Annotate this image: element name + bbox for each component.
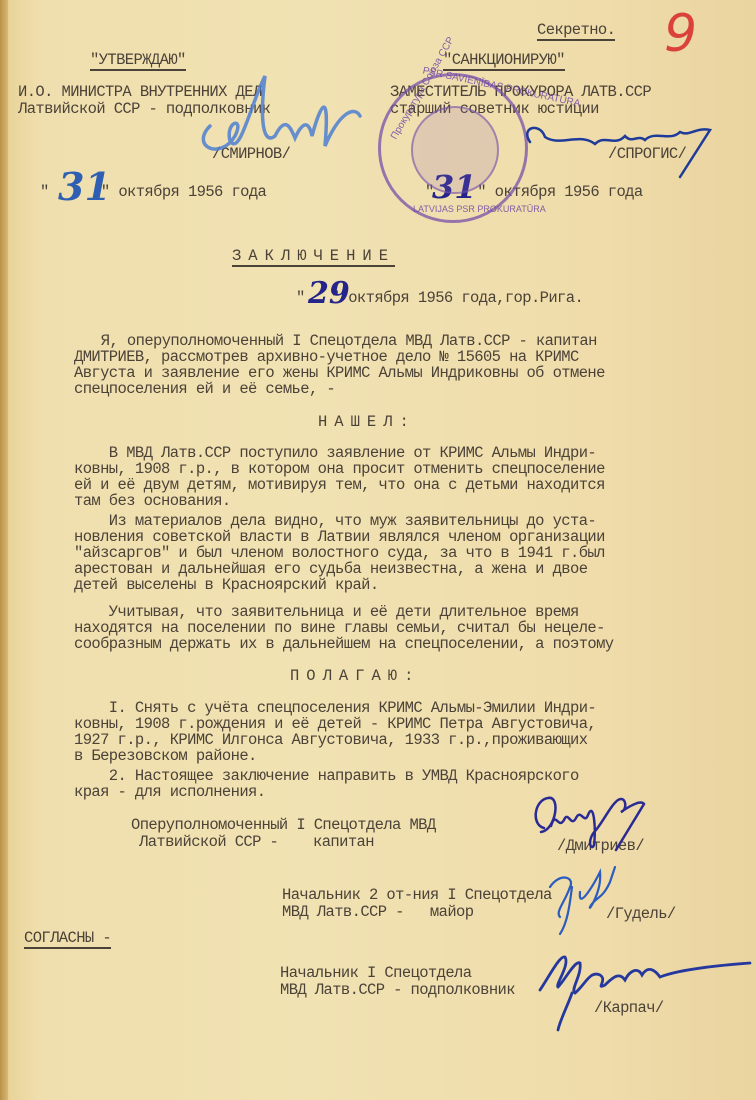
dmitriev-signature — [526, 790, 676, 860]
signature-rank: Латвийской ССР - капитан — [139, 834, 374, 850]
document-date-text: октября 1956 года,гор.Рига. — [348, 289, 583, 307]
text-line: ей и её двум детям, мотивируя тем, что о… — [74, 477, 605, 493]
text-line: ДМИТРИЕВ, рассмотрев архивно-учетное дел… — [74, 349, 579, 365]
text-line: детей выселены в Красноярский край. — [74, 577, 379, 593]
text-line: находятся на поселении по вине главы сем… — [74, 620, 605, 636]
paper-edge — [0, 0, 8, 1100]
text-line: спецпоселения ей и её семье, - — [74, 381, 335, 397]
approve-date-day-handwritten: 31 — [58, 164, 111, 209]
smirnov-signature — [190, 66, 370, 166]
signature-title: Начальник 2 от-ния I Спецотдела — [282, 887, 552, 903]
text-line: Учитывая, что заявительница и её дети дл… — [74, 604, 579, 620]
text-line: арестован и дальнейшая его судьба неизве… — [74, 561, 587, 577]
prosecutor-office-stamp: PSR SAVIENĪBAS PROKURATŪRA Прокуратура С… — [378, 73, 528, 223]
sanction-label: "САНКЦИОНИРУЮ" — [443, 52, 565, 71]
found-heading: НАШЕЛ: — [318, 414, 416, 430]
approve-date-text: октября 1956 года — [118, 183, 266, 201]
karpach-signature — [530, 945, 756, 1035]
stamp-lower-text: LATVIJAS PSR PROKURATŪRA — [413, 204, 546, 214]
page-number-handwritten: 9 — [664, 4, 697, 64]
text-line: ковны, 1908 г.р., в котором она просит о… — [74, 461, 605, 477]
text-line: В МВД Латв.ССР поступило заявление от КР… — [74, 445, 596, 461]
text-line: 2. Настоящее заключение направить в УМВД… — [74, 768, 579, 784]
signature-title: Оперуполномоченный I Спецотдела МВД — [131, 817, 436, 833]
resolve-heading: ПОЛАГАЮ: — [290, 668, 420, 684]
text-line: Августа и заявление его жены КРИМС Альмы… — [74, 365, 605, 381]
sprogis-signature — [520, 122, 720, 182]
text-line: "айзсаргов" и был членом волостного суда… — [74, 545, 605, 561]
text-line: I. Снять с учёта спецпоселения КРИМС Аль… — [74, 700, 596, 716]
approve-label: "УТВЕРЖДАЮ" — [90, 52, 186, 71]
text-line: ковны, 1908 г.рождения и её детей - КРИМ… — [74, 716, 596, 732]
text-line: сообразным держать их в дальнейшем на сп… — [74, 636, 614, 652]
text-line: Из материалов дела видно, что муж заявит… — [74, 513, 596, 529]
document-date-day-handwritten: 29 — [308, 276, 350, 311]
text-line: там без основания. — [74, 493, 231, 509]
signature-rank: МВД Латв.ССР - майор — [282, 904, 473, 920]
document-title: ЗАКЛЮЧЕНИЕ — [232, 248, 395, 267]
text-line: Я, оперуполномоченный I Спецотдела МВД Л… — [66, 333, 597, 349]
classification-mark: Секретно. — [537, 22, 615, 41]
signature-rank: МВД Латв.ССР - подполковник — [280, 982, 515, 998]
agreed-label: СОГЛАСНЫ - — [24, 930, 111, 949]
text-line: в Березовском районе. — [74, 748, 257, 764]
text-line: 1927 г.р., КРИМС Илгонса Августовича, 19… — [74, 732, 587, 748]
stamp-emblem — [411, 106, 499, 194]
text-line: новления советской власти в Латвии являл… — [74, 529, 605, 545]
gudel-signature — [540, 862, 630, 942]
signature-title: Начальник I Спецотдела — [280, 965, 471, 981]
text-line: края - для исполнения. — [74, 784, 265, 800]
